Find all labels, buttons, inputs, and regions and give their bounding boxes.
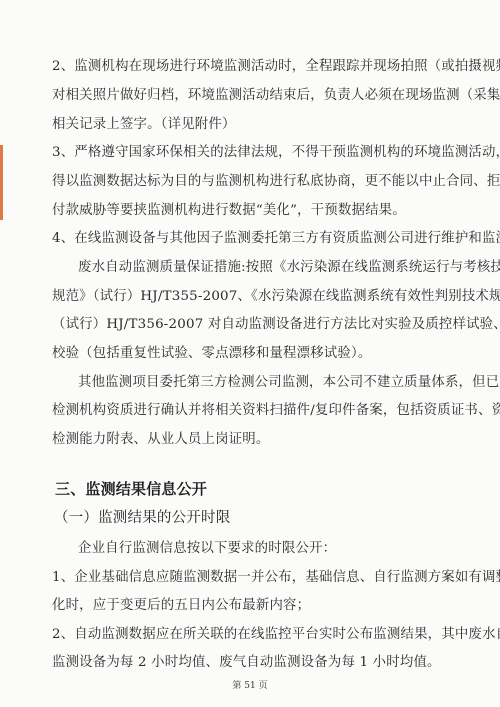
list-item-line: 化时，应于变更后的五日内公布最新内容； xyxy=(52,597,310,615)
paragraph-line: 对相关照片做好归档，环境监测活动结束后，负责人必须在现场监测（采集） xyxy=(52,87,500,105)
paragraph-line: 规范》（试行）HJ/T355-2007、《水污染源在线监测系统有效性判别技术规范… xyxy=(52,288,500,306)
paragraph-line: 相关记录上签字。（详见附件） xyxy=(52,116,236,134)
list-item-line: 监测设备为每 2 小时均值、废气自动监测设备为每 1 小时均值。 xyxy=(52,654,441,672)
paragraph-line: 3、严格遵守国家环保相关的法律法规，不得干预监测机构的环境监测活动，不 xyxy=(52,144,500,162)
paragraph-line: 4、在线监测设备与其他因子监测委托第三方有资质监测公司进行维护和监测。 xyxy=(52,230,500,248)
paragraph-line: 付款威胁等要挟监测机构进行数据“美化”，干预数据结果。 xyxy=(52,202,406,220)
paragraph-line: 2、监测机构在现场进行环境监测活动时，全程跟踪并现场拍照（或拍摄视频）， xyxy=(52,58,500,76)
paragraph-line: 其他监测项目委托第三方检测公司监测，本公司不建立质量体系，但已对 xyxy=(78,374,500,392)
list-item-line: 2、自动监测数据应在所关联的在线监控平台实时公布监测结果，其中废水自动 xyxy=(52,626,500,644)
paragraph-line: 废水自动监测质量保证措施:按照《水污染源在线监测系统运行与考核技术 xyxy=(78,259,500,277)
page-number: 第 51 页 xyxy=(0,678,500,691)
paragraph-line: 校验（包括重复性试验、零点漂移和量程漂移试验）。 xyxy=(52,345,371,363)
paragraph-line: 企业自行监测信息按以下要求的时限公开： xyxy=(78,540,336,558)
paragraph-line: 检测机构资质进行确认并将相关资料扫描件/复印件备案，包括资质证书、资质 xyxy=(52,402,500,420)
list-item-line: 1、企业基础信息应随监测数据一并公布，基础信息、自行监测方案如有调整变 xyxy=(52,569,500,587)
section-heading: 三、监测结果信息公开 xyxy=(55,480,207,498)
scan-edge-mark xyxy=(0,145,3,220)
paragraph-line: 检测能力附表、从业人员上岗证明。 xyxy=(52,431,269,449)
paragraph-line: 得以监测数据达标为目的与监测机构进行私底协商，更不能以中止合同、拒绝 xyxy=(52,173,500,191)
subsection-heading: （一）监测结果的公开时限 xyxy=(54,509,230,527)
paragraph-line: （试行）HJ/T356-2007 对自动监测设备进行方法比对实验及质控样试验、现… xyxy=(52,316,500,334)
